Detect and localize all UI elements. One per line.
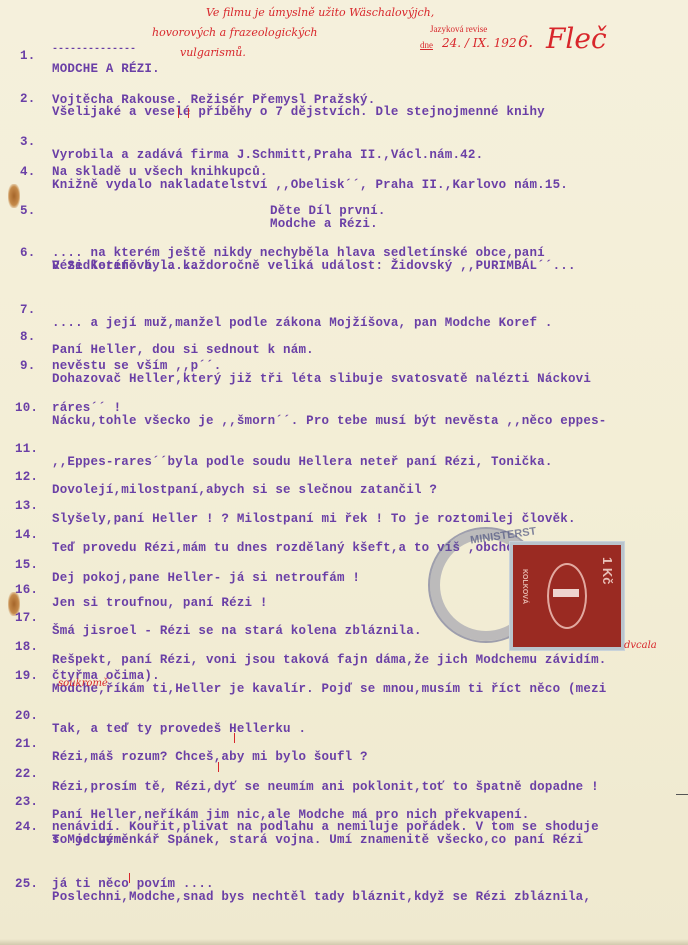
line-number: 4. bbox=[20, 166, 35, 179]
signature: Fleč bbox=[546, 22, 607, 55]
line-text: Vojtěcha Rakouse. Režisér Přemysl Pražsk… bbox=[52, 94, 375, 107]
line-text: Rézi,máš rozum? Chceš,aby mi bylo šoufl … bbox=[52, 751, 368, 764]
line-number: 15. bbox=[15, 559, 38, 572]
page-edge bbox=[0, 939, 688, 945]
correction-tick bbox=[178, 108, 179, 118]
line-number: 25. bbox=[15, 878, 38, 891]
line-text: Rézi,prosím tě, Rézi,dyť se neumím ani p… bbox=[52, 781, 599, 794]
line-text: nenávidí. Kouřit,plivat na podlahu a nem… bbox=[52, 821, 599, 834]
correction-tick bbox=[218, 762, 219, 772]
line-text: Šmá jisroel - Rézi se na stará kolena zb… bbox=[52, 625, 422, 638]
line-text: Modche,říkám ti,Heller je kavalír. Pojď … bbox=[52, 683, 607, 696]
line-number: 10. bbox=[15, 402, 38, 415]
line-text: Knižně vydalo nakladatelství ,,Obelisk´´… bbox=[52, 179, 568, 192]
line-text: Dej pokoj,pane Heller- já si netroufám ! bbox=[52, 572, 360, 585]
line-text: já ti něco povím .... bbox=[52, 878, 214, 891]
line-number: 11. bbox=[15, 443, 38, 456]
line-number: 17. bbox=[15, 612, 38, 625]
line-text: Všelijaké a veselé příběhy o 7 dějstvích… bbox=[52, 106, 545, 119]
line-text: s Modchem. bbox=[52, 834, 129, 847]
section-heading: Modche a Rézi. bbox=[270, 218, 378, 231]
line-number: 1. bbox=[20, 50, 35, 63]
line-text: Poslechni,Modche,snad bys nechtěl tady b… bbox=[52, 891, 591, 904]
margin-mark bbox=[676, 794, 688, 795]
line-24: 24. To je výměnkář Spánek, stará vojna. … bbox=[0, 808, 15, 873]
revision-stamp-year-digit: 6. bbox=[518, 32, 533, 51]
line-number: 12. bbox=[15, 471, 38, 484]
line-number: 5. bbox=[20, 205, 35, 218]
line-6: 6. V Sedletíně byla každoročně veliká ud… bbox=[0, 234, 15, 299]
line-text: ráres´´ ! bbox=[52, 402, 121, 415]
handwritten-insert-above-19: dvcala bbox=[624, 640, 657, 651]
section-subheading: Děte Díl první. bbox=[270, 205, 386, 218]
line-number: 2. bbox=[20, 93, 35, 106]
line-text: Vyrobila a zadává firma J.Schmitt,Praha … bbox=[52, 149, 483, 162]
line-number: 23. bbox=[15, 796, 38, 809]
revision-stamp-label: Jazyková revise bbox=[430, 24, 487, 34]
line-text: Dovolejí,milostpaní,abych si se slečnou … bbox=[52, 484, 437, 497]
line-text: nevěstu se vším ,,p´´. bbox=[52, 360, 221, 373]
handwritten-note-line-3: vulgarismů. bbox=[180, 46, 246, 59]
line-text: Paní Heller, dou si sednout k nám. bbox=[52, 344, 314, 357]
line-number: 20. bbox=[15, 710, 38, 723]
revision-stamp-date-prefix: dne bbox=[420, 40, 433, 50]
line-text: Jen si troufnou, paní Rézi ! bbox=[52, 597, 268, 610]
line-text: Na skladě u všech knihkupců. bbox=[52, 166, 268, 179]
line-number: 22. bbox=[15, 768, 38, 781]
line-number: 6. bbox=[20, 247, 35, 260]
line-text: Slyšely,paní Heller ! ? Milostpaní mi ře… bbox=[52, 513, 576, 526]
line-number: 14. bbox=[15, 529, 38, 542]
line-number: 24. bbox=[15, 821, 38, 834]
line-number: 19. bbox=[15, 670, 38, 683]
handwritten-note-line-2: hovorových a frazeologických bbox=[152, 26, 317, 39]
line-number: 9. bbox=[20, 360, 35, 373]
line-1: 1. MODCHE A RÉZI. bbox=[0, 37, 15, 76]
correction-tick bbox=[129, 873, 130, 883]
revenue-stamp-label: KOLKOVÁ bbox=[521, 569, 528, 604]
line-text: Tak, a teď ty provedeš Hellerku . bbox=[52, 723, 306, 736]
line-text: Dohazovač Heller,který již tři léta slib… bbox=[52, 373, 591, 386]
handwritten-insert-below-19: soukromě bbox=[58, 678, 108, 689]
line-text: Nácku,tohle všecko je ,,šmorn´´. Pro teb… bbox=[52, 415, 607, 428]
line-number: 13. bbox=[15, 500, 38, 513]
line-text: MODCHE A RÉZI. bbox=[52, 63, 160, 76]
line-number: 21. bbox=[15, 738, 38, 751]
line-number: 8. bbox=[20, 331, 35, 344]
revenue-stamp-value: 1 Kč bbox=[600, 557, 615, 584]
handwritten-note-line-1: Ve filmu je úmyslně užito Wäschalovýjch, bbox=[206, 6, 434, 19]
revision-stamp-date: 24. / IX. 192 bbox=[442, 36, 517, 50]
revenue-stamp: KOLKOVÁ 1 Kč bbox=[510, 542, 624, 650]
correction-tick bbox=[188, 108, 189, 118]
line-text: ,,Eppes-rares´´byla podle soudu Hellera … bbox=[52, 456, 553, 469]
line-text: To je výměnkář Spánek, stará vojna. Umí … bbox=[52, 834, 583, 847]
line-number: 7. bbox=[20, 304, 35, 317]
stamp-emblem-bar bbox=[553, 589, 579, 597]
line-text: Rézi Korefová ..... bbox=[52, 260, 198, 273]
line-number: 3. bbox=[20, 136, 35, 149]
line-text: Rešpekt, paní Rézi, voni jsou taková faj… bbox=[52, 654, 607, 667]
line-25: 25. Poslechni,Modche,snad bys nechtěl ta… bbox=[0, 865, 15, 917]
document-page bbox=[0, 0, 688, 945]
line-number: 18. bbox=[15, 641, 38, 654]
correction-tick bbox=[234, 733, 235, 743]
title-underline: -------------- bbox=[52, 44, 136, 55]
line-text: .... a její muž,manžel podle zákona Mojž… bbox=[52, 317, 553, 330]
